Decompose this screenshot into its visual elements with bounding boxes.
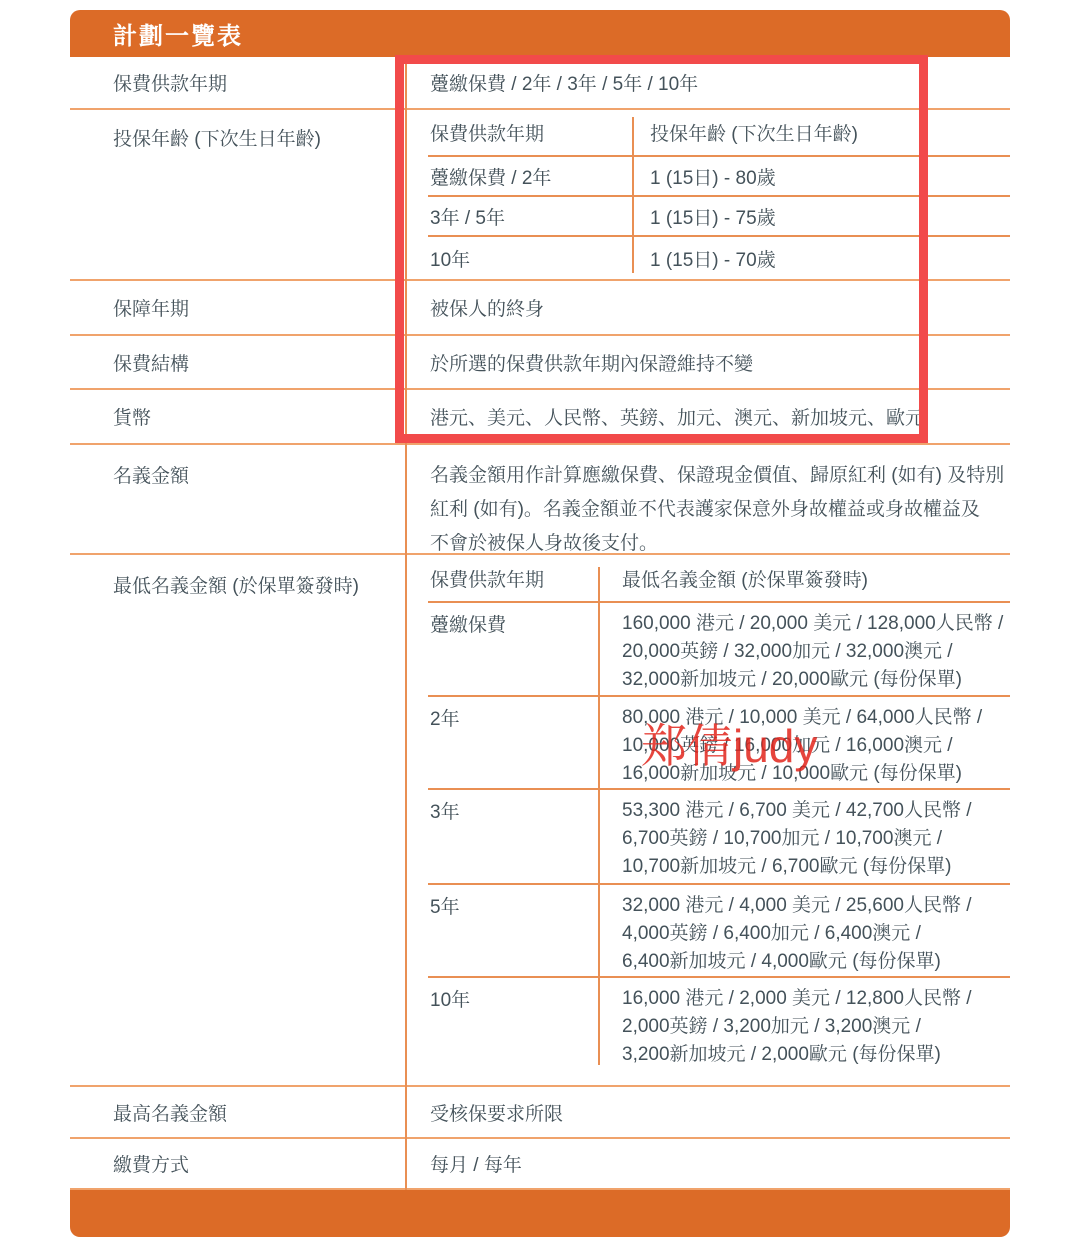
table-row: 5年 32,000 港元 / 4,000 美元 / 25,600人民幣 / 4,… bbox=[428, 885, 1010, 978]
row-label: 繳費方式 bbox=[70, 1139, 405, 1188]
row-payment-mode: 繳費方式 每月 / 每年 bbox=[70, 1139, 1010, 1190]
term-cell: 3年 bbox=[428, 790, 598, 883]
row-value: 每月 / 每年 bbox=[405, 1139, 1010, 1188]
table-row: 躉繳保費 160,000 港元 / 20,000 美元 / 128,000人民幣… bbox=[428, 603, 1010, 697]
term-cell: 10年 bbox=[428, 978, 598, 1072]
amount-cell: 16,000 港元 / 2,000 美元 / 12,800人民幣 / 2,000… bbox=[598, 978, 1010, 1072]
page-title: 計劃一覽表 bbox=[113, 16, 243, 51]
min-notional-table-divider bbox=[598, 567, 600, 1065]
term-cell: 2年 bbox=[428, 697, 598, 788]
plan-summary-page: 計劃一覽表 保費供款年期 躉繳保費 / 2年 / 3年 / 5年 / 10年 投… bbox=[0, 0, 1080, 1244]
row-label: 名義金額 bbox=[70, 445, 405, 553]
amount-cell: 160,000 港元 / 20,000 美元 / 128,000人民幣 / 20… bbox=[598, 603, 1010, 695]
row-value: 受核保要求所限 bbox=[405, 1087, 1010, 1137]
table-row: 10年 16,000 港元 / 2,000 美元 / 12,800人民幣 / 2… bbox=[428, 978, 1010, 1072]
row-label: 最低名義金額 (於保單簽發時) bbox=[70, 555, 405, 1085]
table-row: 3年 53,300 港元 / 6,700 美元 / 42,700人民幣 / 6,… bbox=[428, 790, 1010, 885]
row-label: 最高名義金額 bbox=[70, 1087, 405, 1137]
amount-cell: 32,000 港元 / 4,000 美元 / 25,600人民幣 / 4,000… bbox=[598, 885, 1010, 976]
row-notional-amount: 名義金額 名義金額用作計算應繳保費、保證現金價值、歸原紅利 (如有) 及特別 紅… bbox=[70, 445, 1010, 555]
row-min-notional: 最低名義金額 (於保單簽發時) 保費供款年期 最低名義金額 (於保單簽發時) 躉… bbox=[70, 555, 1010, 1087]
table-header-row: 保費供款年期 最低名義金額 (於保單簽發時) bbox=[428, 555, 1010, 603]
row-max-notional: 最高名義金額 受核保要求所限 bbox=[70, 1087, 1010, 1139]
row-value: 名義金額用作計算應繳保費、保證現金價值、歸原紅利 (如有) 及特別 紅利 (如有… bbox=[405, 445, 1010, 553]
watermark: 郑倩judy bbox=[641, 710, 817, 776]
column-header: 最低名義金額 (於保單簽發時) bbox=[598, 555, 1010, 601]
min-notional-table: 保費供款年期 最低名義金額 (於保單簽發時) 躉繳保費 160,000 港元 /… bbox=[405, 555, 1010, 1085]
notional-amount-description: 名義金額用作計算應繳保費、保證現金價值、歸原紅利 (如有) 及特別 紅利 (如有… bbox=[430, 459, 1004, 561]
row-label: 保費供款年期 bbox=[70, 57, 405, 108]
table-title-bar: 計劃一覽表 bbox=[70, 10, 1010, 57]
row-label: 保費結構 bbox=[70, 336, 405, 388]
row-label: 貨幣 bbox=[70, 390, 405, 443]
annotation-rectangle bbox=[395, 55, 928, 443]
term-cell: 躉繳保費 bbox=[428, 603, 598, 695]
column-header: 保費供款年期 bbox=[428, 555, 598, 601]
amount-cell: 53,300 港元 / 6,700 美元 / 42,700人民幣 / 6,700… bbox=[598, 790, 1010, 883]
row-label: 投保年齡 (下次生日年齡) bbox=[70, 110, 405, 279]
row-label: 保障年期 bbox=[70, 281, 405, 334]
table-footer-bar bbox=[70, 1190, 1010, 1237]
term-cell: 5年 bbox=[428, 885, 598, 976]
